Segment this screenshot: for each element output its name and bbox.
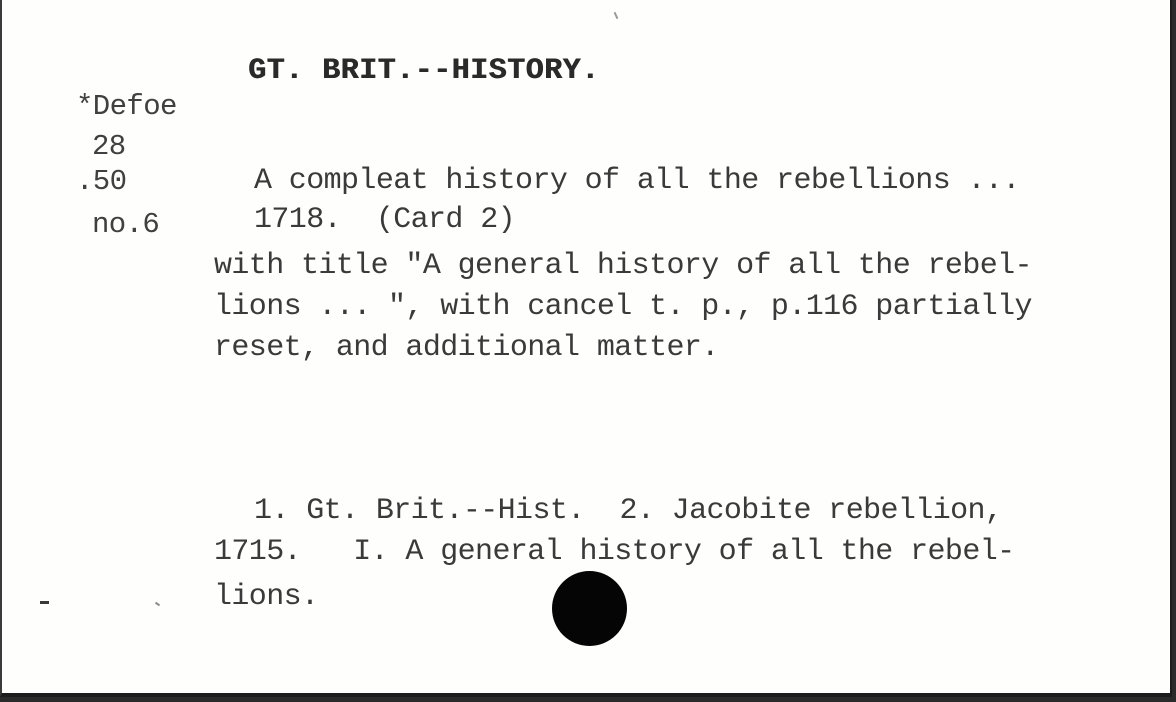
tracing-line-2: 1715. I. A general history of all the re…: [214, 537, 1015, 567]
note-line-1: with title "A general history of all the…: [214, 251, 1032, 281]
title-line-2: 1718. (Card 2): [254, 205, 515, 235]
call-number-line-2: 28: [92, 132, 126, 161]
tracing-line-3: lions.: [214, 582, 318, 612]
call-number-line-1: *Defoe: [76, 92, 177, 121]
call-number-line-3: .50: [76, 167, 126, 196]
tracing-line-1: 1. Gt. Brit.--Hist. 2. Jacobite rebellio…: [254, 496, 1002, 526]
catalog-card: GT. BRIT.--HISTORY. *Defoe 28 .50 no.6 A…: [0, 0, 1172, 697]
stray-mark: [40, 601, 49, 604]
title-line-1: A compleat history of all the rebellions…: [254, 166, 1020, 196]
stray-mark: [614, 12, 619, 19]
subject-heading: GT. BRIT.--HISTORY.: [248, 56, 600, 86]
note-line-2: lions ... ", with cancel t. p., p.116 pa…: [214, 292, 1032, 322]
punch-hole: [552, 571, 627, 646]
call-number-line-4: no.6: [92, 210, 159, 239]
stray-mark: [155, 602, 160, 607]
note-line-3: reset, and additional matter.: [214, 333, 719, 363]
